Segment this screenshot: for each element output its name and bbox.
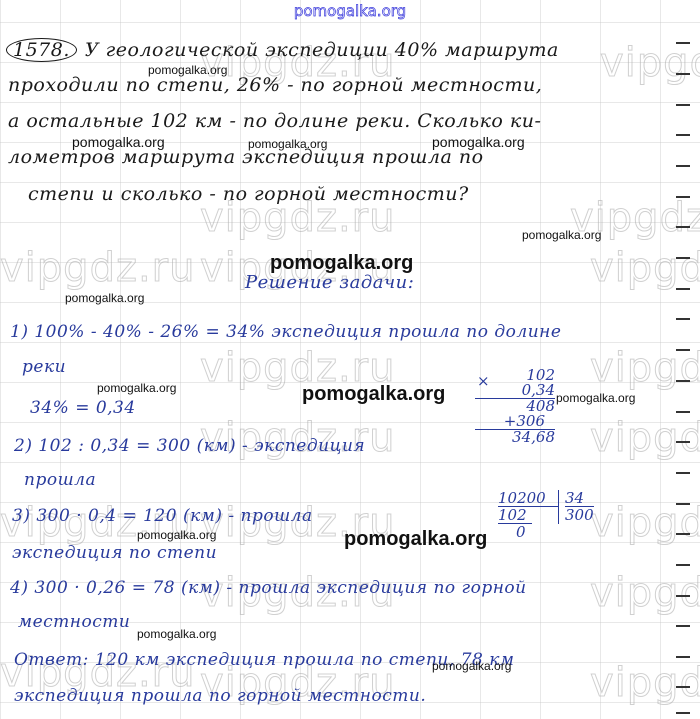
watermark-vipgdz: vipgdz.ru [590, 500, 700, 546]
watermark-vipgdz: vipgdz.ru [600, 40, 700, 86]
long-division: 10200 102 0 34 300 [498, 490, 594, 540]
solution-step: реки [22, 357, 66, 377]
watermark-pomogalka: pomogalka.org [344, 528, 487, 551]
watermark-pomogalka: pomogalka.org [137, 528, 216, 542]
margin-mark [676, 564, 690, 566]
watermark-vipgdz: vipgdz.ru [590, 660, 700, 706]
problem-line-5: степи и сколько - по горной местности? [28, 183, 469, 205]
margin-mark [676, 380, 690, 382]
watermark-pomogalka: pomogalka.org [302, 383, 445, 406]
solution-heading: Решение задачи: [245, 272, 414, 293]
margin-mark [676, 533, 690, 535]
watermark-pomogalka: pomogalka.org [65, 291, 144, 305]
margin-mark [676, 441, 690, 443]
top-watermark: pomogalka.org [0, 2, 700, 20]
margin-mark [676, 288, 690, 290]
margin-mark [676, 712, 690, 714]
margin-mark [676, 625, 690, 627]
watermark-vipgdz: vipgdz.ru [590, 245, 700, 291]
solution-step: 3) 300 · 0,4 = 120 (км) - прошла [12, 506, 313, 526]
solution-step: 2) 102 : 0,34 = 300 (км) - экспедиция [14, 436, 365, 456]
margin-mark [676, 134, 690, 136]
solution-step: прошла [24, 470, 96, 490]
watermark-pomogalka: pomogalka.org [432, 659, 511, 673]
margin-mark [676, 42, 690, 44]
solution-step: местности [18, 612, 130, 632]
watermark-pomogalka: pomogalka.org [522, 228, 601, 242]
margin-mark [676, 226, 690, 228]
solution-step: 34% = 0,34 [30, 398, 136, 418]
watermark-pomogalka: pomogalka.org [137, 627, 216, 641]
watermark-vipgdz: vipgdz.ru [0, 245, 195, 291]
solution-step: 1) 100% - 40% - 26% = 34% экспедиция про… [10, 322, 561, 342]
answer-line-2: экспедиция прошла по горной местности. [14, 686, 426, 706]
margin-mark [676, 656, 690, 658]
problem-line-2: проходили по степи, 26% - по горной мест… [8, 74, 542, 96]
margin-mark [676, 318, 690, 320]
problem-number: 1578. [6, 38, 77, 62]
multiply-sign: × [477, 374, 490, 389]
watermark-vipgdz: vipgdz.ru [590, 570, 700, 616]
margin-mark [676, 472, 690, 474]
margin-mark [676, 104, 690, 106]
watermark-pomogalka: pomogalka.org [248, 137, 327, 151]
margin-mark [676, 257, 690, 259]
margin-mark [676, 686, 690, 688]
watermark-vipgdz: vipgdz.ru [590, 345, 700, 391]
margin-mark [676, 349, 690, 351]
watermark-pomogalka: pomogalka.org [270, 252, 413, 275]
watermark-vipgdz: vipgdz.ru [590, 415, 700, 461]
margin-mark [676, 411, 690, 413]
margin-mark [676, 595, 690, 597]
problem-line-1: 1578.У геологической экспедиции 40% марш… [6, 38, 559, 62]
watermark-pomogalka: pomogalka.org [72, 134, 165, 150]
margin-mark [676, 73, 690, 75]
margin-mark [676, 165, 690, 167]
watermark-pomogalka: pomogalka.org [148, 63, 227, 77]
problem-line-3: а остальные 102 км - по долине реки. Ско… [8, 110, 541, 132]
watermark-pomogalka: pomogalka.org [556, 391, 635, 405]
solution-step: экспедиция по степи [12, 543, 217, 563]
margin-mark [676, 503, 690, 505]
watermark-pomogalka: pomogalka.org [432, 134, 525, 150]
watermark-pomogalka: pomogalka.org [97, 381, 176, 395]
margin-mark [676, 196, 690, 198]
column-multiplication: × 102 0,34 408 +306 34,68 [475, 368, 555, 445]
solution-step: 4) 300 · 0,26 = 78 (км) - прошла экспеди… [10, 578, 527, 598]
